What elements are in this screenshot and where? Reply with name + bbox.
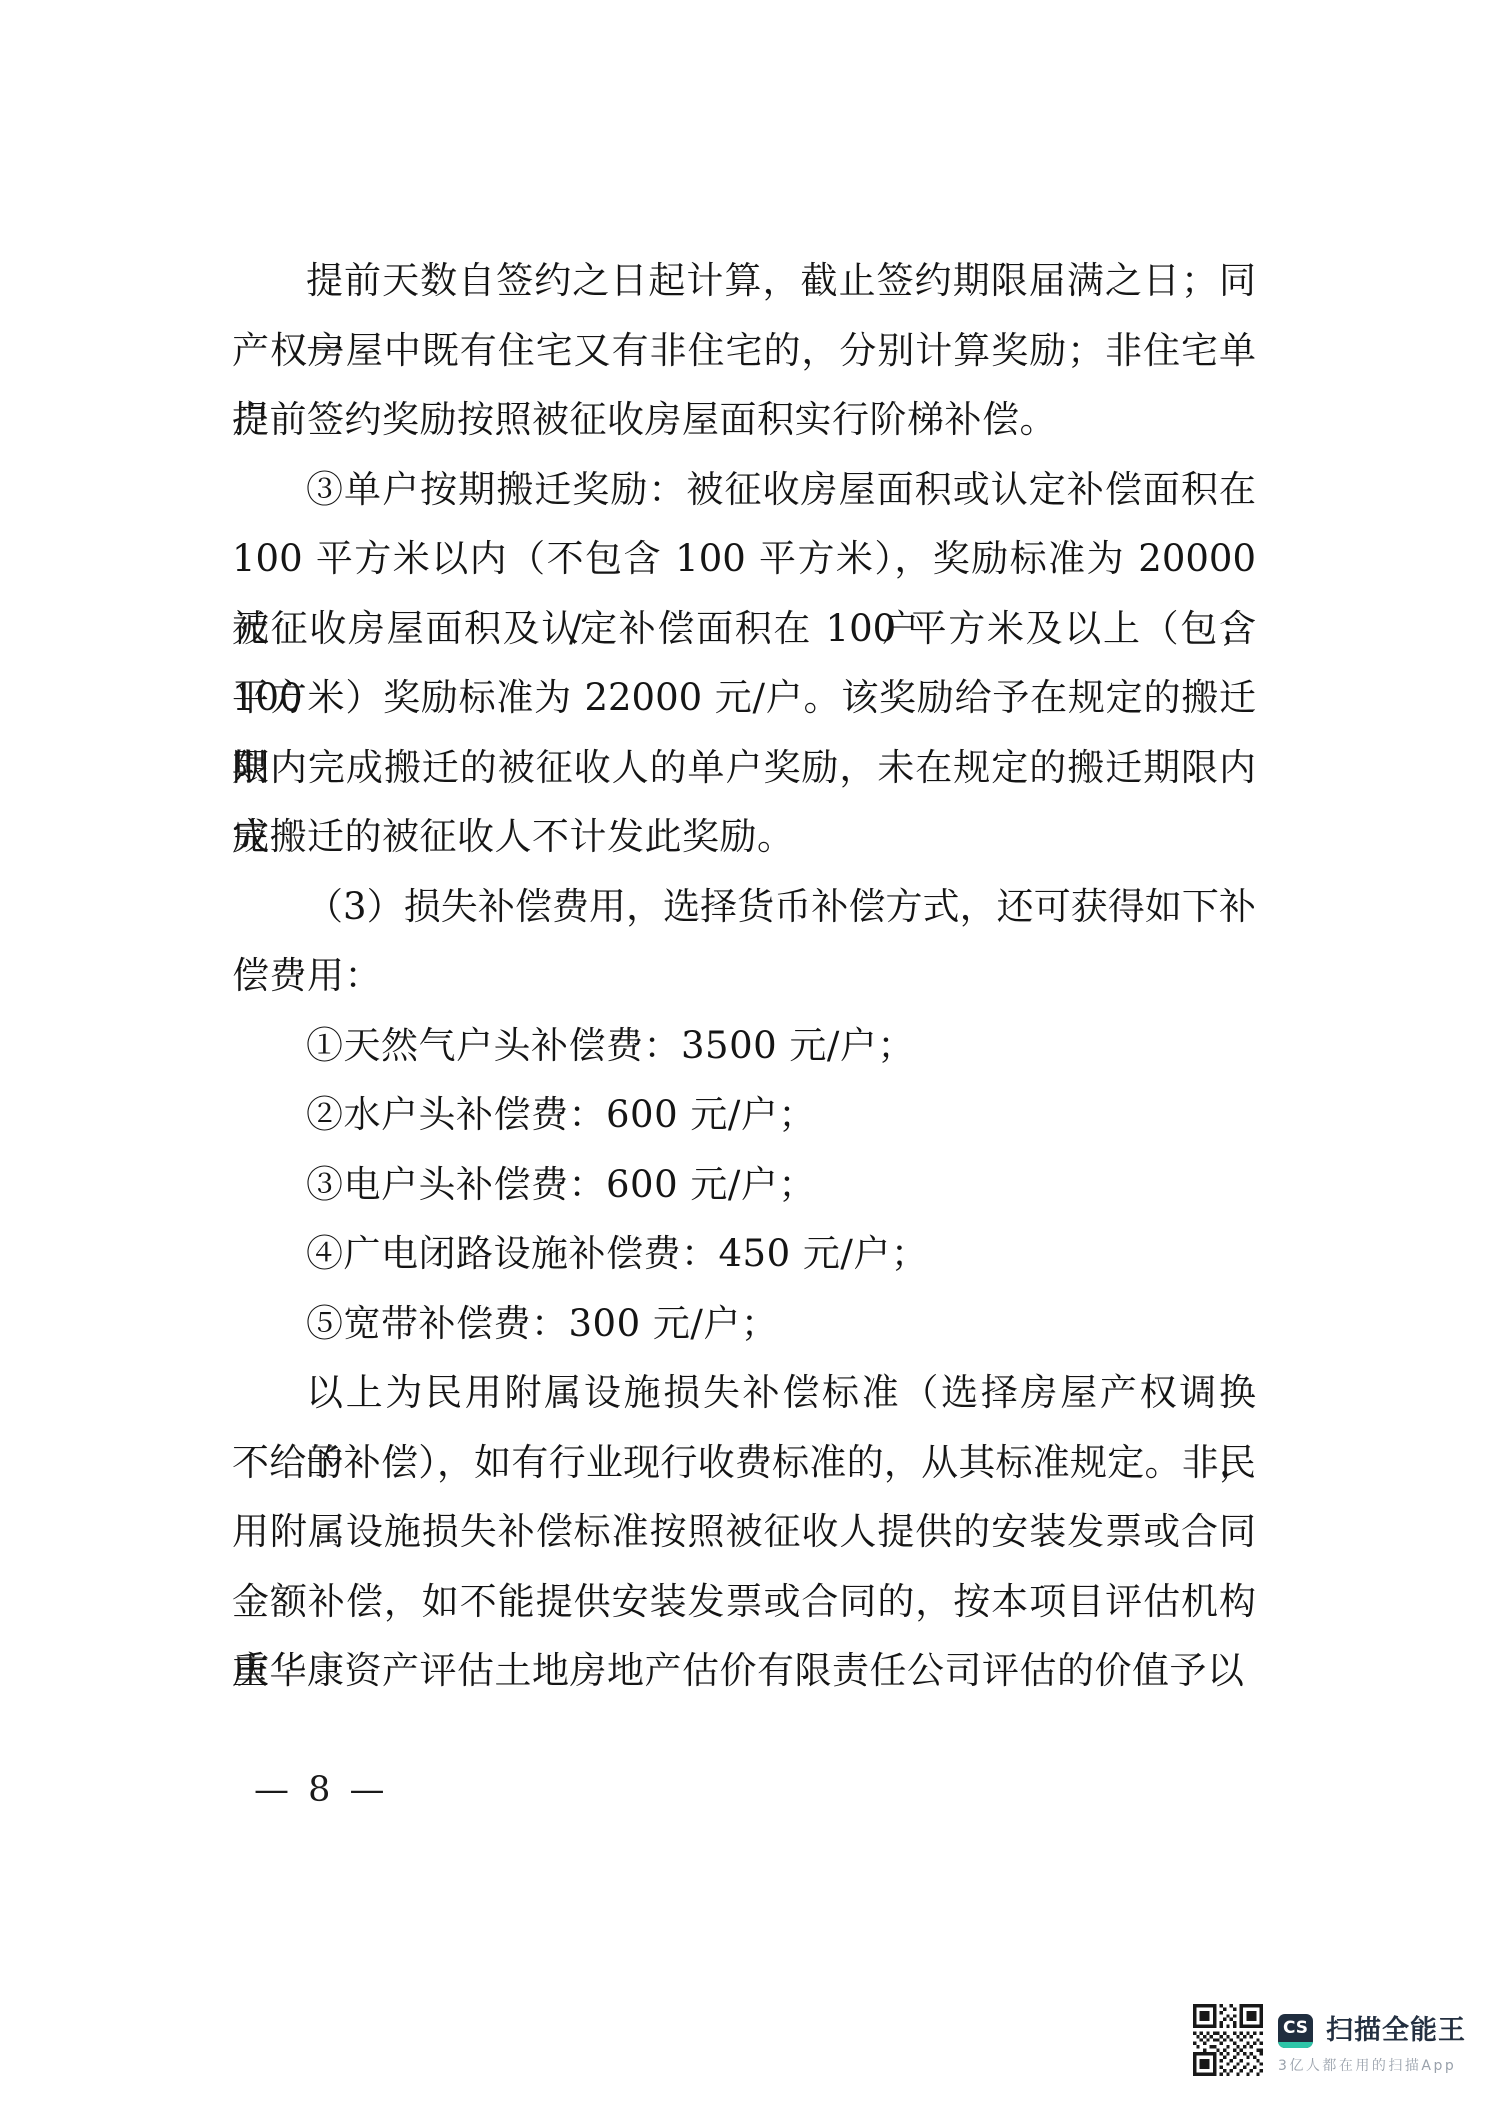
- text-line: 庆华康资产评估土地房地产估价有限责任公司评估的价值予以: [232, 1636, 1256, 1706]
- text-line: 提前签约奖励按照被征收房屋面积实行阶梯补偿。: [232, 385, 1256, 455]
- camscanner-watermark: CS 扫描全能王 3亿人都在用的扫描App: [1193, 2004, 1466, 2076]
- document-text: 提前天数自签约之日起计算，截止签约期限届满之日；同一 产权房屋中既有住宅又有非住…: [232, 246, 1256, 1706]
- text-line: 金额补偿，如不能提供安装发票或合同的，按本项目评估机构重: [232, 1567, 1256, 1637]
- text-line: 限内完成搬迁的被征收人的单户奖励，未在规定的搬迁期限内完: [232, 733, 1256, 803]
- text-line: ④广电闭路设施补偿费：450 元/户；: [232, 1219, 1256, 1289]
- text-line: （3）损失补偿费用，选择货币补偿方式，还可获得如下补: [232, 872, 1256, 942]
- text-line: ⑤宽带补偿费：300 元/户；: [232, 1289, 1256, 1359]
- text-line: 提前天数自签约之日起计算，截止签约期限届满之日；同一: [232, 246, 1256, 316]
- cs-logo-teal-bar: [1278, 2042, 1313, 2048]
- page-number: — 8 —: [254, 1770, 389, 1810]
- text-line: 平方米）奖励标准为 22000 元/户。该奖励给予在规定的搬迁期: [232, 663, 1256, 733]
- text-line: 被征收房屋面积及认定补偿面积在 100 平方米及以上（包含 100: [232, 594, 1256, 664]
- text-line: ③单户按期搬迁奖励：被征收房屋面积或认定补偿面积在: [232, 455, 1256, 525]
- text-line: 偿费用：: [232, 941, 1256, 1011]
- cs-logo-icon: CS: [1278, 2014, 1313, 2048]
- scanned-document-page: 提前天数自签约之日起计算，截止签约期限届满之日；同一 产权房屋中既有住宅又有非住…: [0, 0, 1487, 2105]
- text-line: 成搬迁的被征收人不计发此奖励。: [232, 802, 1256, 872]
- watermark-text-block: CS 扫描全能王 3亿人都在用的扫描App: [1278, 2014, 1466, 2075]
- text-line: ③电户头补偿费：600 元/户；: [232, 1150, 1256, 1220]
- watermark-app-name: 扫描全能王: [1326, 2015, 1466, 2047]
- text-line: 100 平方米以内（不包含 100 平方米），奖励标准为 20000 元/户；: [232, 524, 1256, 594]
- text-line: 以上为民用附属设施损失补偿标准（选择房屋产权调换的，: [232, 1358, 1256, 1428]
- text-line: 产权房屋中既有住宅又有非住宅的，分别计算奖励；非住宅单户: [232, 316, 1256, 386]
- cs-logo-text: CS: [1278, 2017, 1313, 2039]
- text-line: ②水户头补偿费：600 元/户；: [232, 1080, 1256, 1150]
- qr-code-icon: [1193, 2004, 1263, 2076]
- text-line: 不给予补偿），如有行业现行收费标准的，从其标准规定。非民: [232, 1428, 1256, 1498]
- text-line: 用附属设施损失补偿标准按照被征收人提供的安装发票或合同: [232, 1497, 1256, 1567]
- watermark-tagline: 3亿人都在用的扫描App: [1278, 2055, 1466, 2075]
- text-line: ①天然气户头补偿费：3500 元/户；: [232, 1011, 1256, 1081]
